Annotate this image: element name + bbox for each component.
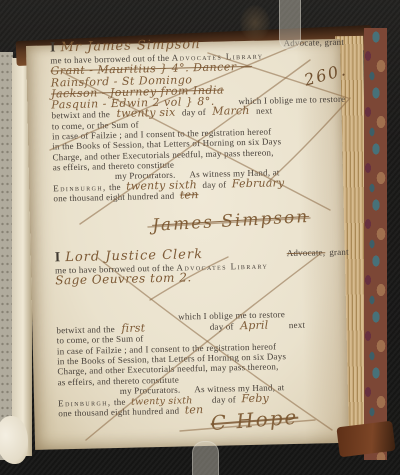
signed-month: Feby [241,391,269,405]
printed-pronoun: I [55,251,61,264]
signed-month: February [232,176,285,190]
printed-day-of: day of [212,394,236,405]
printed-thousand: one thousand eight hundred and [58,406,179,419]
printed-the: the [114,396,126,406]
marbled-endpaper-edge [364,28,387,460]
borrower-signature: C Hope [210,405,299,436]
ink-stain [240,5,270,41]
page-corner-curl [0,416,28,464]
printed-next: next [289,320,306,330]
printed-day-of: day of [182,107,206,118]
printed-advocate-word: Advocate, [287,246,326,260]
printed-grant-word: grant [329,246,349,259]
printed-betwixt: betwixt and the [51,109,110,120]
signed-year: ten [180,188,199,201]
printed-procurators: my Procurators. [120,385,181,396]
borrower-signature: James Simpson [152,207,310,236]
book-weight-strap-top [279,0,301,50]
printed-edinburgh: Edinburgh, [58,397,112,408]
borrow-entry-1: I Mr James Simpson Advocate, grant me to… [50,35,348,235]
printed-the: the [109,182,121,192]
printed-day-of: day of [210,321,234,332]
printed-pronoun: I [50,41,56,54]
printed-next: next [256,106,273,116]
due-month: April [240,318,269,332]
photo-of-library-register: 260. I Mr James Simpson Advocate, grant … [0,0,400,475]
due-day: twenty six [116,106,175,120]
printed-thousand: one thousand eight hundred and [53,191,174,204]
printed-day-of: day of [202,179,226,190]
due-month: March [212,104,250,118]
register-page: 260. I Mr James Simpson Advocate, grant … [26,39,349,450]
borrow-entry-2: I Lord Justice Clerk Advocate, grant me … [55,245,353,437]
book-weight-strap-bottom [192,441,219,475]
signed-year: ten [185,403,204,416]
